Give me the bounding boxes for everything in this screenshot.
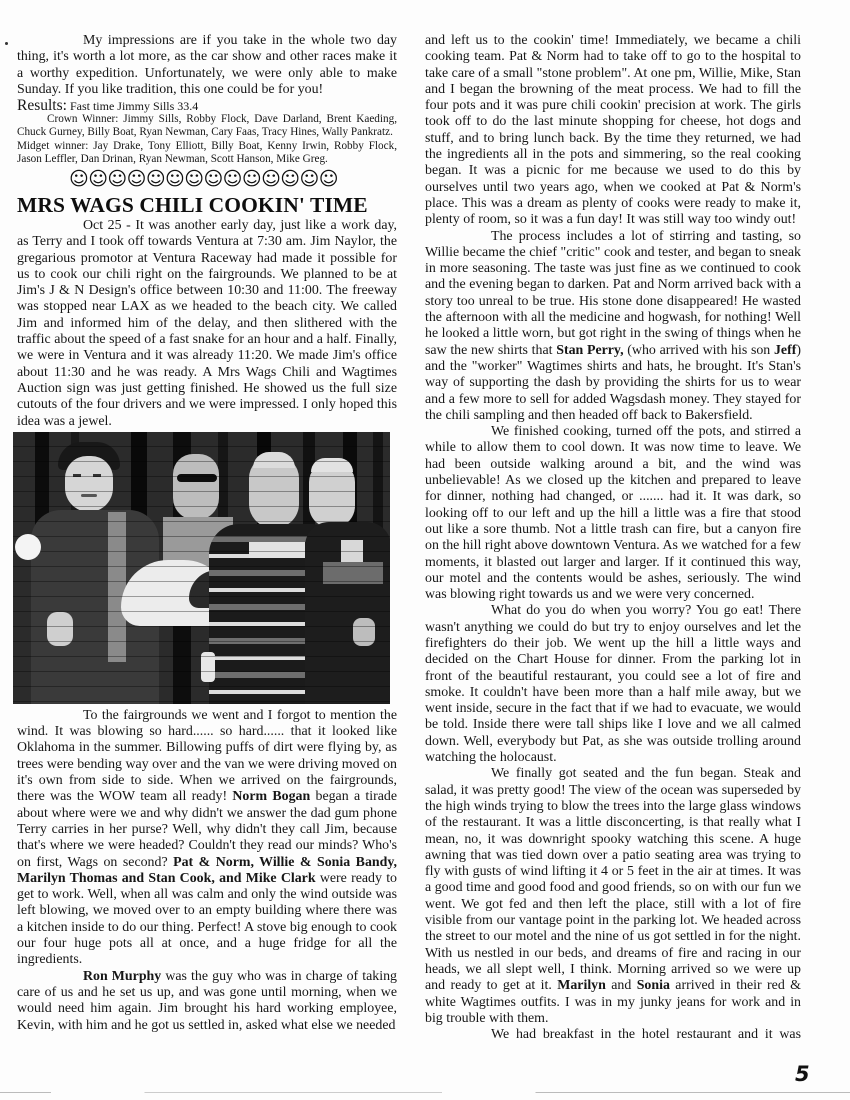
article-paragraph-3: Ron Murphy was the guy who was in charge…	[17, 969, 397, 1034]
scan-lines	[13, 432, 390, 704]
crown-winner-list: Crown Winner: Jimmy Sills, Robby Flock, …	[17, 113, 397, 139]
article-paragraph-1: Oct 25 - It was another early day, just …	[17, 218, 397, 430]
highlighted-name: Marilyn	[557, 978, 606, 993]
fast-time-text: Fast time Jimmy Sills 33.4	[70, 99, 198, 113]
article-paragraph-process: The process includes a lot of stirring a…	[425, 229, 801, 425]
midget-winner-list: Midget winner: Jay Drake, Tony Elliott, …	[17, 140, 397, 166]
highlighted-name: Stan Perry,	[556, 343, 623, 358]
highlighted-name: Jeff	[774, 343, 796, 358]
newsletter-page: My impressions are if you take in the wh…	[0, 0, 850, 1100]
article-paragraph-dinner: What do you do when you worry? You go ea…	[425, 603, 801, 766]
highlighted-name: Norm Bogan	[232, 789, 310, 804]
article-paragraph-breakfast: We had breakfast in the hotel restaurant…	[425, 1027, 801, 1043]
process-text-a: The process includes a lot of stirring a…	[425, 229, 801, 358]
article-headline: MRS WAGS CHILI COOKIN' TIME	[17, 193, 397, 217]
intro-paragraph: My impressions are if you take in the wh…	[17, 33, 397, 98]
left-column: My impressions are if you take in the wh…	[17, 33, 397, 1034]
article-paragraph-fire: We finished cooking, turned off the pots…	[425, 424, 801, 603]
process-text-b: (who arrived with his son	[624, 343, 774, 358]
seated-text-b: and	[606, 978, 637, 993]
article-paragraph-seated: We finally got seated and the fun began.…	[425, 766, 801, 1027]
bottom-edge-line	[0, 1092, 850, 1093]
driver-cutouts-photo	[13, 432, 390, 704]
right-column: and left us to the cookin' time! Immedia…	[425, 33, 801, 1043]
page-number: 5	[795, 1062, 810, 1086]
paragraph-3-text: was the guy who was in charge of taking …	[17, 969, 397, 1033]
glare-spot	[15, 534, 41, 560]
results-label: Results:	[17, 97, 67, 114]
stray-mark	[5, 42, 8, 45]
seated-text-a: We finally got seated and the fun began.…	[425, 766, 801, 993]
highlighted-name: Sonia	[637, 978, 670, 993]
highlighted-name: Ron Murphy	[83, 969, 161, 984]
smiley-face-divider-icon: ☺☺☺☺☺☺☺☺☺☺☺☺☺☺	[17, 168, 397, 192]
article-continued-paragraph: and left us to the cookin' time! Immedia…	[425, 33, 801, 229]
results-fast-time: Results: Fast time Jimmy Sills 33.4	[17, 99, 397, 113]
article-paragraph-2: To the fairgrounds we went and I forgot …	[17, 708, 397, 969]
